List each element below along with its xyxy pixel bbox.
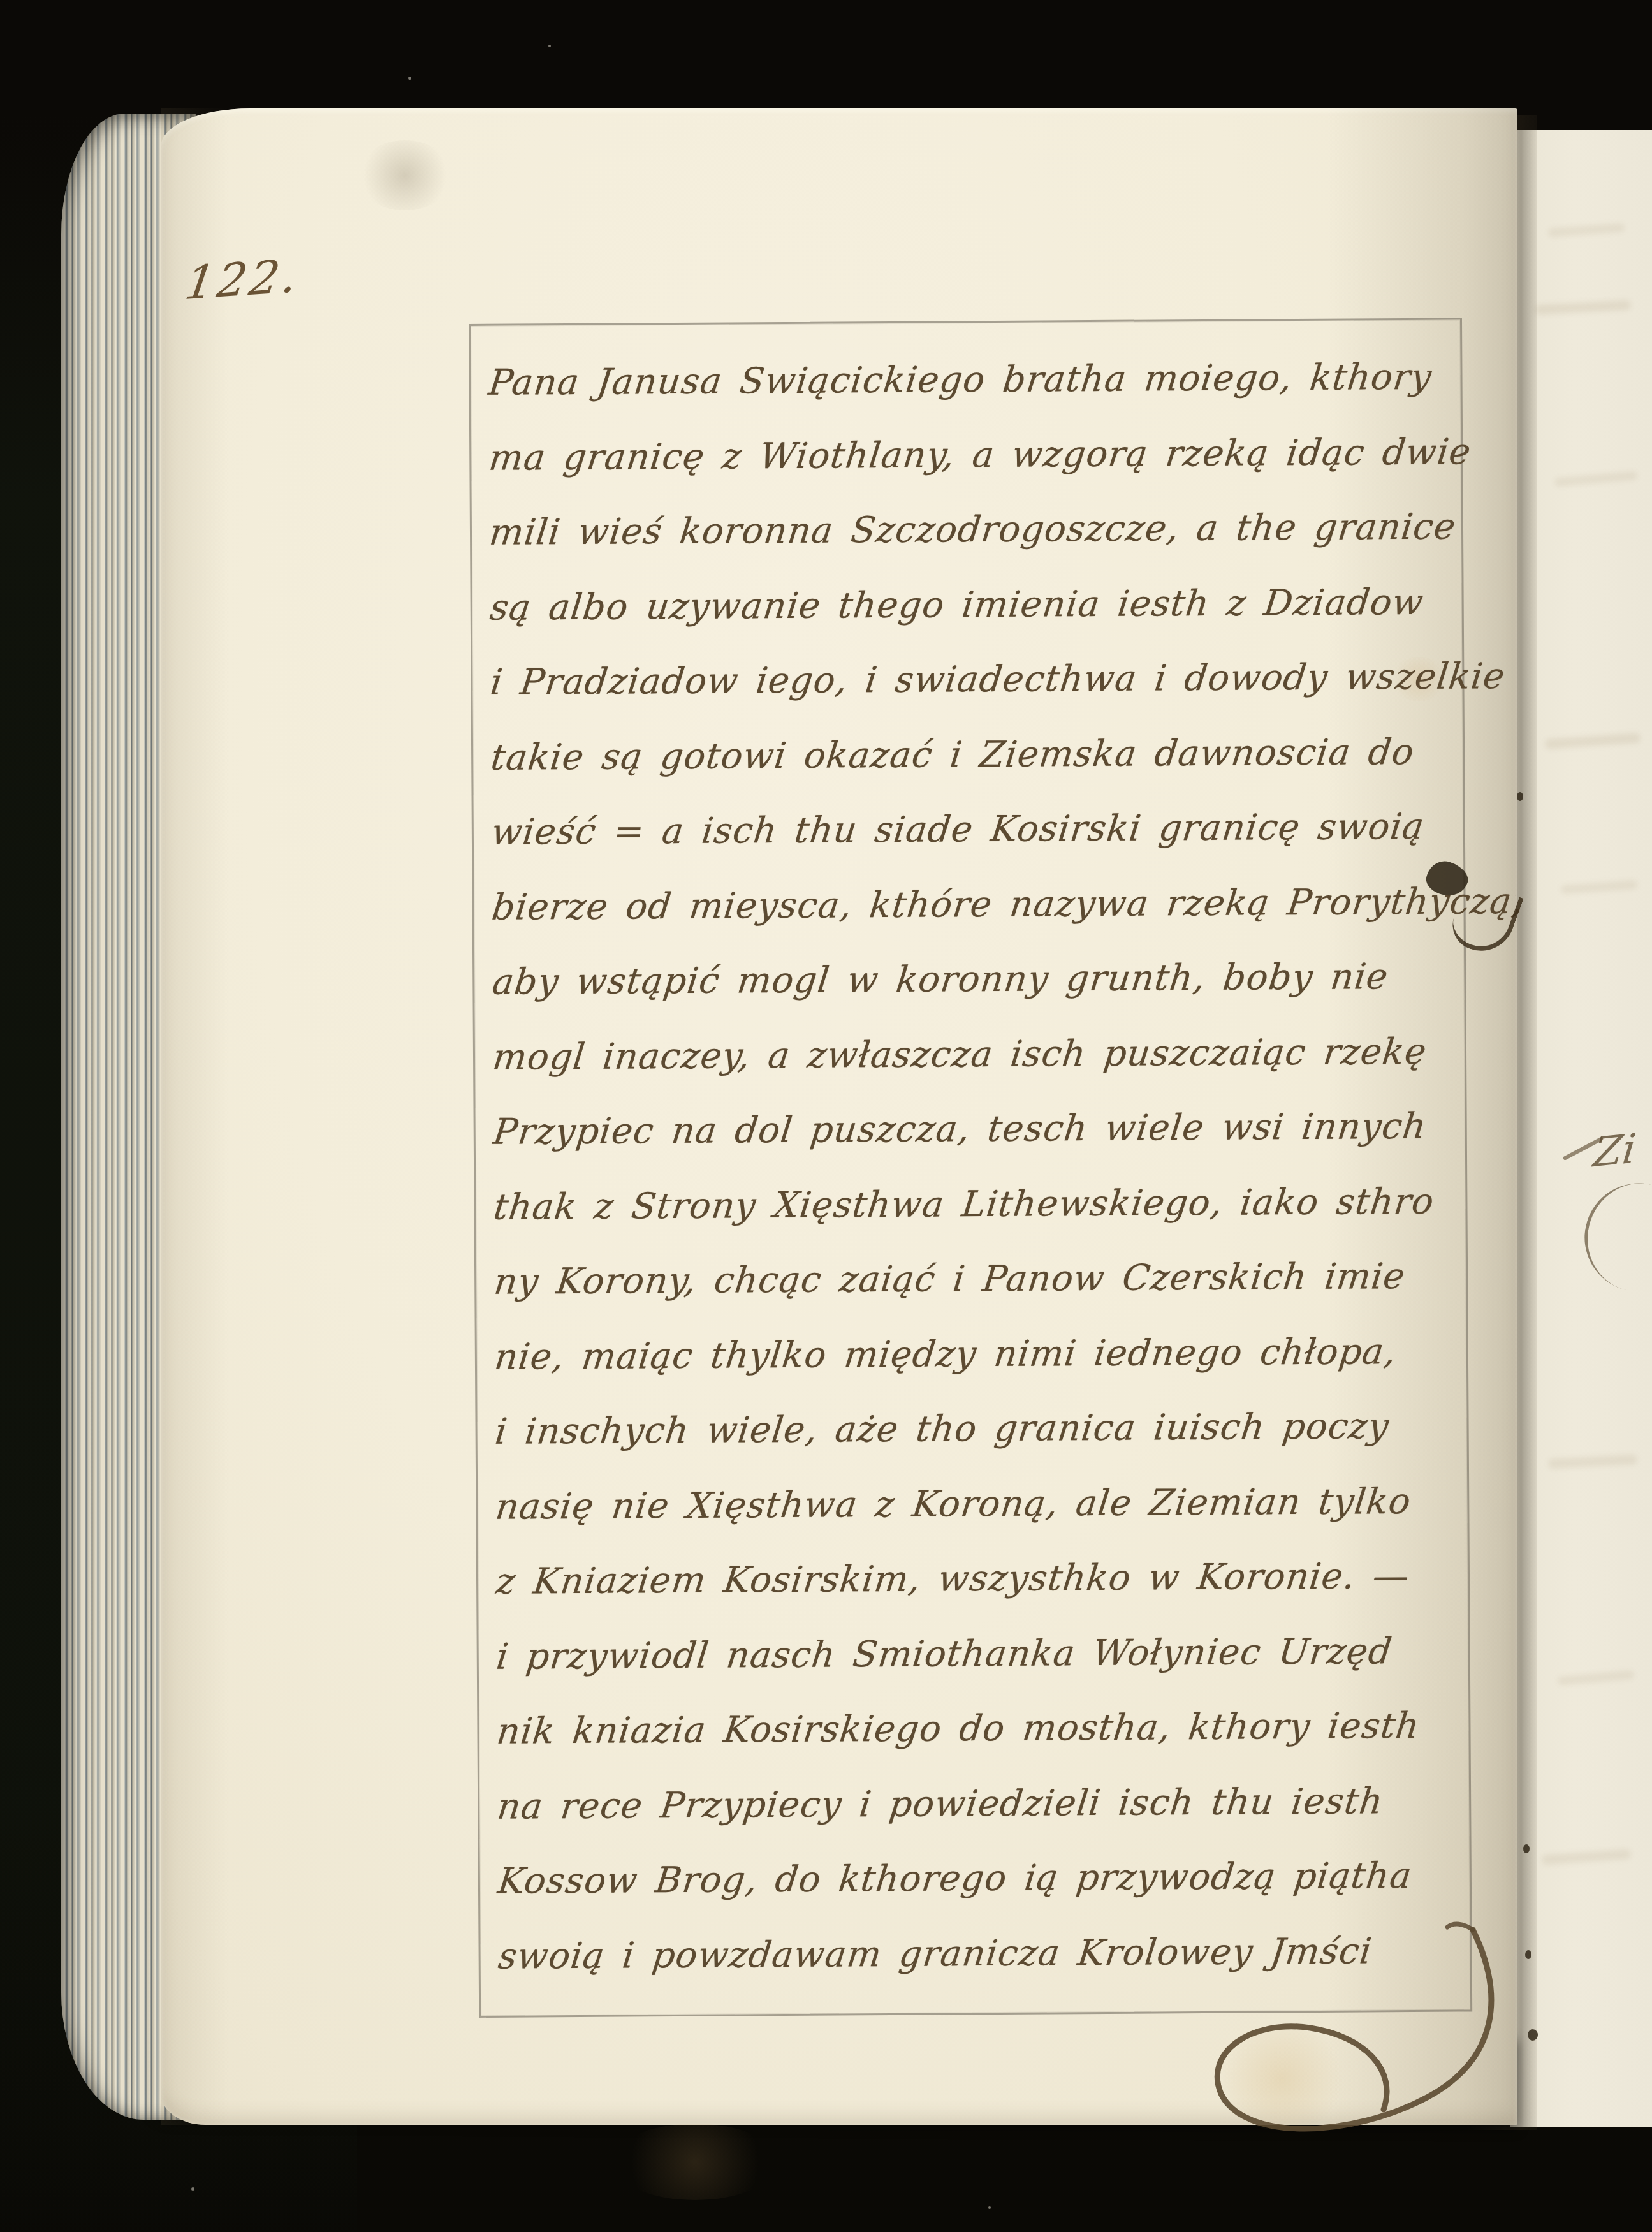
bleedthrough-mark bbox=[1542, 1849, 1632, 1865]
manuscript-line: i inschych wiele, aże tho granica iuisch… bbox=[491, 1388, 1466, 1469]
dust-speck bbox=[408, 77, 411, 80]
manuscript-line: z Kniaziem Kosirskim, wszysthko w Koroni… bbox=[492, 1538, 1467, 1619]
bleedthrough-mark bbox=[1554, 471, 1638, 487]
manuscript-line: Pana Janusa Swiącickiego bratha moiego, … bbox=[485, 340, 1460, 421]
manuscript-line: Przypiec na dol puszcza, tesch wiele wsi… bbox=[489, 1089, 1465, 1170]
manuscript-line: nik kniazia Kosirskiego do mostha, kthor… bbox=[493, 1688, 1468, 1769]
manuscript-line: i Pradziadow iego, i swiadecthwa i dowod… bbox=[486, 639, 1462, 720]
manuscript-line: Kossow Brog, do kthorego ią przywodzą pi… bbox=[493, 1838, 1469, 1919]
manuscript-line: są albo uzywanie thego imienia iesth z D… bbox=[486, 564, 1461, 645]
manuscript-line: ny Korony, chcąc zaiąć i Panow Czerskich… bbox=[490, 1238, 1466, 1319]
page-number: 122. bbox=[182, 249, 303, 310]
manuscript-line: mili wieś koronna Szczodrogoszcze, a the… bbox=[485, 489, 1461, 570]
manuscript-line: takie są gotowi okazać i Ziemska dawnosc… bbox=[487, 714, 1463, 795]
manuscript-line: bierze od mieysca, kthóre nazywa rzeką P… bbox=[488, 864, 1463, 945]
bleedthrough-mark bbox=[1561, 880, 1638, 894]
margin-annotation-fragment: Zi bbox=[1591, 1126, 1639, 1177]
bleedthrough-mark bbox=[1558, 1670, 1635, 1685]
manuscript-text: Pana Janusa Swiącickiego bratha moiego, … bbox=[484, 340, 1461, 1994]
manuscript-line: aby wstąpić mogl w koronny grunth, boby … bbox=[488, 939, 1464, 1020]
dust-speck bbox=[548, 45, 551, 47]
bleedthrough-mark bbox=[1548, 1454, 1638, 1469]
manuscript-line: mogl inaczey, a zwłaszcza isch puszczaią… bbox=[488, 1014, 1464, 1095]
pen-flourish bbox=[1173, 1918, 1530, 2192]
foxing-stain bbox=[612, 2124, 778, 2200]
manuscript-line: thak z Strony Xięsthwa Lithewskiego, iak… bbox=[490, 1164, 1465, 1245]
manuscript-line: wieść = a isch thu siade Kosirski granic… bbox=[487, 789, 1463, 870]
scanned-book-photo: Zi 122. Pana Janusa Swiącickiego bratha … bbox=[0, 0, 1652, 2232]
text-block: Pana Janusa Swiącickiego bratha moiego, … bbox=[469, 318, 1472, 2017]
bleedthrough-mark bbox=[1548, 223, 1625, 237]
manuscript-line: i przywiodl nasch Smiothanka Wołyniec Ur… bbox=[492, 1613, 1468, 1694]
manuscript-line: ma granicę z Wiothlany, a wzgorą rzeką i… bbox=[485, 415, 1461, 496]
dust-speck bbox=[191, 2187, 194, 2191]
bleedthrough-mark bbox=[1535, 300, 1632, 315]
manuscript-line: nie, maiąc thylko między nimi iednego ch… bbox=[490, 1314, 1466, 1395]
dust-speck bbox=[988, 2206, 991, 2209]
bleedthrough-mark bbox=[1545, 733, 1641, 749]
manuscript-line: nasię nie Xięsthwa z Koroną, ale Ziemian… bbox=[492, 1464, 1467, 1545]
manuscript-line: na rece Przypiecy i powiedzieli isch thu… bbox=[493, 1763, 1469, 1844]
